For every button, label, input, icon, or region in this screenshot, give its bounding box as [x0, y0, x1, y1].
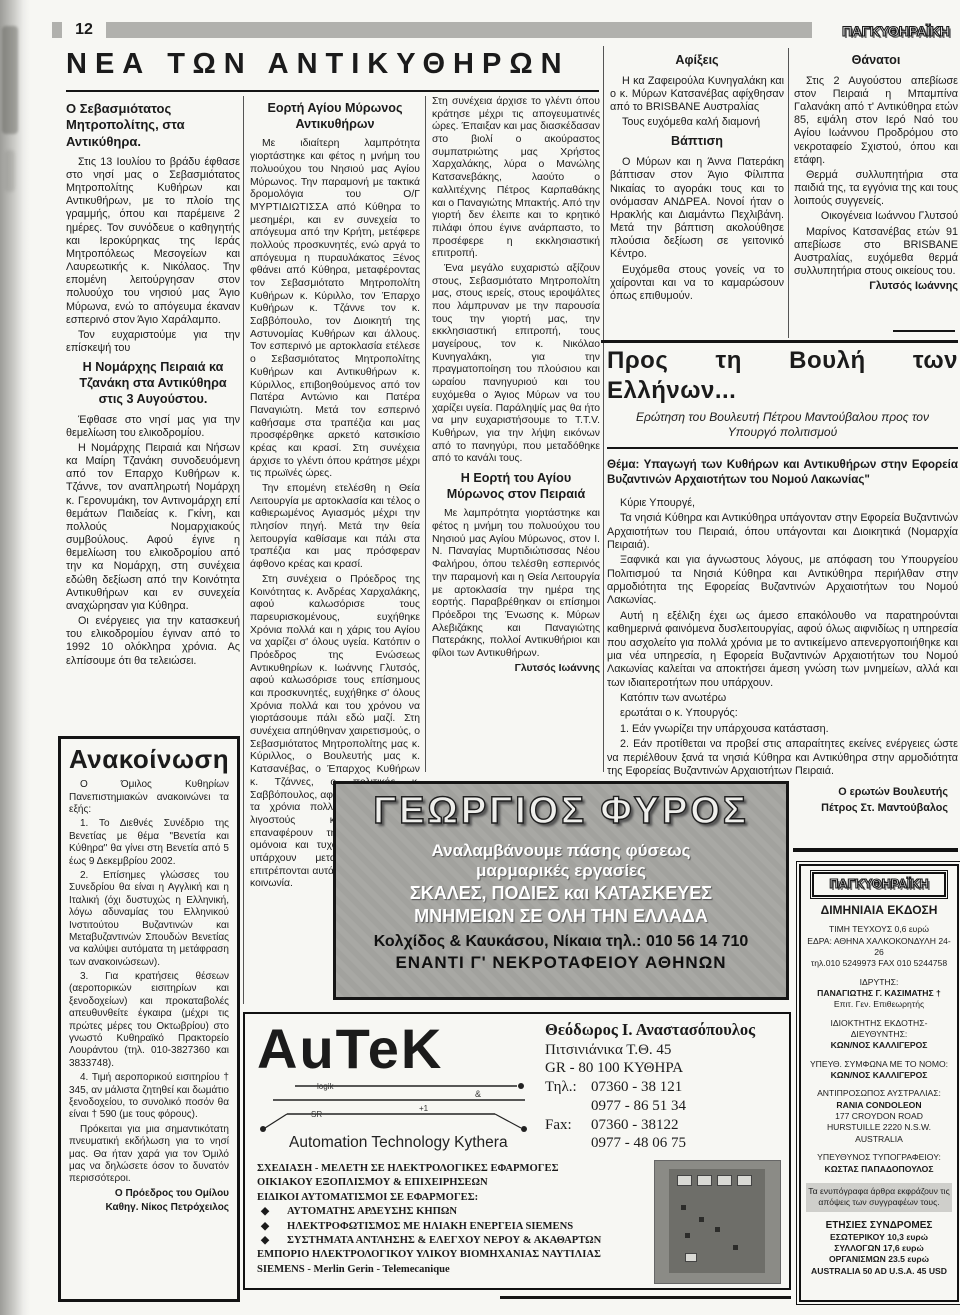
fyros-ad-line: μαρμαρικές εργασίες [336, 861, 786, 881]
column-5: Θάνατοι Στις 2 Αυγούστου απεβίωσε στον Π… [794, 48, 958, 330]
bottom-rule [500, 1296, 791, 1299]
paragraph: 4. Τιμή αεροπορικού εισιτηρίου † 345, αν… [69, 1072, 229, 1122]
subscription-line: AUSTRALIA 50 AD U.S.A. 45 USD [806, 1266, 952, 1277]
masthead-logo: ΠΑΓΚΥΘΗΡΑΪΚΗ [842, 23, 960, 39]
autek-services: ΣΧΕΔΙΑΣΗ - ΜΕΛΕΤΗ ΣΕ ΗΛΕΚΤΡΟΛΟΓΙΚΕΣ ΕΦΑΡ… [257, 1162, 685, 1277]
masthead-info-box: ΠΑΓΚΥΘΗΡΑΪΚΗ ΔΙΜΗΝΙΑΙΑ ΕΚΔΟΣΗ ΤΙΜΗ ΤΕΥΧΟ… [799, 864, 959, 1302]
article-title: Ο Σεβασμιότατος Μητροπολίτης, στα Αντικύ… [66, 101, 240, 150]
paragraph: Ο Όμιλος Κυθηρίων Πανεπιστημιακών ανακοι… [69, 779, 229, 816]
diamond-bullet-icon: ◆ [257, 1205, 287, 1219]
paragraph: Τους ευχόμεθα καλή διαμονή [610, 116, 784, 129]
control-panel-photo [654, 1160, 781, 1284]
rep-address: HURSTUILLE 2220 N.S.W. [806, 1122, 952, 1133]
parliament-subtitle: Ερώτηση του Βουλευτή Πέτρου Μαντούβαλου … [625, 410, 940, 441]
service-bullet-text: ΣΥΣΤΗΜΑΤΑ ΑΝΤΛΗΣΗΣ & ΕΛΕΓΧΟΥ ΝΕΡΟΥ & ΑΚΑ… [287, 1234, 601, 1248]
paragraph: Ξαφνικά και για άγνωστους λόγους, με από… [607, 554, 958, 608]
fax-number: 0977 - 48 06 75 [591, 1134, 787, 1153]
section-headline: ΝΕΑ ΤΩΝ ΑΝΤΙΚΥΘΗΡΩΝ [66, 48, 606, 81]
fyros-ad-location: ΕΝΑΝΤΙ Γ' ΝΕΚΡΟΤΑΦΕΙΟΥ ΑΘΗΝΩΝ [336, 953, 786, 973]
paragraph: Ευχόμεθα στους γονείς να το χαίρονται κα… [610, 264, 784, 304]
service-line: SIEMENS - Merlin Gerin - Telemecanique [257, 1263, 685, 1277]
paragraph: Με λαμπρότητα γιορτάστηκε και φέτος η μν… [432, 508, 600, 660]
autek-tagline: Automation Technology Kythera [289, 1134, 508, 1152]
top-gray-bar [52, 22, 812, 38]
service-line: ΟΙΚΙΑΚΟΥ ΕΞΟΠΛΙΣΜΟΥ & ΕΠΙΧΕΙΡΗΣΕΩΝ [257, 1176, 685, 1190]
fyros-ad-address: Κολχίδος & Καυκάσου, Νίκαια τηλ.: 010 56… [336, 933, 786, 951]
divider-rule [607, 447, 958, 449]
paragraph: Θερμά συλλυπητήρια στα παιδιά της, τα εγ… [794, 169, 958, 209]
paragraph: Τα νησιά Κύθηρα και Αντικύθηρα υπάγονταν… [607, 512, 958, 552]
owner-name: ΚΩΝ/ΝΟΣ ΚΑΛΛΙΓΕΡΟΣ [806, 1040, 952, 1051]
signature: Οικογένεια Ιωάννου Γλυτσού [794, 210, 958, 223]
owner-label: ΙΔΙΟΚΤΗΤΗΣ ΕΚΔΟΤΗΣ-ΔΙΕΥΘΥΝΤΗΣ: [806, 1018, 952, 1041]
scan-edge-strip [0, 0, 30, 1315]
diamond-bullet-icon: ◆ [257, 1234, 287, 1248]
paragraph: Έφθασε στο νησί μας για την θεμελίωση το… [66, 414, 240, 440]
paragraph: Την επομένη ετελέσθη η Θεία Λειτουργία μ… [250, 483, 420, 572]
issue-price: ΤΙΜΗ ΤΕΥΧΟΥΣ 0,6 ευρώ [806, 924, 952, 935]
tel-number: 0977 - 86 51 34 [591, 1097, 787, 1116]
rep-label: ΑΝΤΙΠΡΟΣΩΠΟΣ ΑΥΣΤΡΑΛΙΑΣ: [806, 1088, 952, 1099]
service-bullet-text: ΑΥΤΟΜΑΤΗΣ ΑΡΔΕΥΣΗΣ ΚΗΠΩΝ [287, 1205, 457, 1219]
announcement-box: Ανακοίνωση Ο Όμιλος Κυθηρίων Πανεπιστημι… [58, 736, 240, 1302]
contact-name: Θεόδωρος Ι. Αναστασόπουλος [545, 1020, 787, 1041]
signature: Γλυτσός Ιωάννης [794, 280, 958, 293]
section-rule [601, 340, 958, 343]
service-bullet: ◆ ΣΥΣΤΗΜΑΤΑ ΑΝΤΛΗΣΗΣ & ΕΛΕΓΧΟΥ ΝΕΡΟΥ & Α… [257, 1234, 685, 1248]
paragraph: 1. Εάν γνωρίζει την υπάρχουσα κατάσταση. [607, 723, 958, 736]
edition-label: ΔΙΜΗΝΙΑΙΑ ΕΚΔΟΣΗ [806, 903, 952, 919]
fax-label: Fax: [545, 1116, 591, 1135]
service-line: ΕΜΠΟΡΙΟ ΗΛΕΚΤΡΟΛΟΓΙΚΟΥ ΥΛΙΚΟΥ ΒΙΟΜΗΧΑΝΙΑ… [257, 1248, 685, 1262]
section-rule [893, 330, 955, 332]
svg-text:&: & [475, 1089, 481, 1099]
tel-number: 07360 - 38 121 [591, 1078, 682, 1097]
column-3: Στη συνέχεια άρχισε το γλέντι όπου κράτη… [432, 96, 600, 770]
fyros-ad: ΓΕΩΡΓΙΟΣ ΦΥΡΟΣ Αναλαμβάνουμε πάσης φύσεω… [333, 781, 789, 1000]
article-title: Η Εορτή του Αγίου Μύρωνος στον Πειραιά [432, 471, 600, 502]
fyros-ad-line: ΜΝΗΜΕΙΩΝ ΣΕ ΟΛΗ ΤΗΝ ΕΛΛΑΔΑ [336, 906, 786, 927]
article-title: Βάπτιση [610, 134, 784, 150]
hq-address: ΕΔΡΑ: ΑΘΗΝΑ ΧΑΛΚΟΚΟΝΔΥΛΗ 24-26 [806, 936, 952, 959]
paragraph: Η Νομάρχης Πειραιά και Νήσων κα Μαίρη Τζ… [66, 442, 240, 613]
paragraph: 3. Για κρατήσεις θέσεων (αεροπορικών εισ… [69, 971, 229, 1070]
paragraph: Στη συνέχεια άρχισε το γλέντι όπου κράτη… [432, 96, 600, 261]
paragraph: Αυτή η εξέλιξη έχει ως άμεσο επακόλουθο … [607, 610, 958, 690]
law-label: ΥΠΕΥΘ. ΣΥΜΦΩΝΑ ΜΕ ΤΟ ΝΟΜΟ: [806, 1059, 952, 1070]
signature: Καθηγ. Νίκος Πετρόχειλος [69, 1202, 229, 1214]
paragraph: 2. Εάν προτίθεται να προβεί στις απαραίτ… [607, 738, 958, 778]
scan-smudge [2, 26, 18, 134]
column-divider [425, 96, 426, 772]
rep-address: AUSTRALIA [806, 1134, 952, 1145]
autek-contact-block: Θεόδωρος Ι. Αναστασόπουλος Πιτσινιάνικα … [545, 1020, 787, 1153]
founder-title: Επιτ. Γεν. Επιθεωρητής [806, 999, 952, 1010]
paragraph: Κατόπιν των ανωτέρω [607, 692, 958, 705]
autek-logo: AuTeK [257, 1016, 443, 1081]
fax-number: 07360 - 38122 [591, 1116, 679, 1135]
service-bullet-text: ΗΛΕΚΤΡΟΦΩΤΙΣΜΟΣ ΜΕ ΗΛΙΑΚΗ ΕΝΕΡΓΕΙΑ SIEME… [287, 1220, 573, 1234]
column-divider [603, 46, 604, 772]
signature: Γλυτσός Ιωάννης [432, 663, 600, 676]
signature: Ο Πρόεδρος του Ομίλου [69, 1188, 229, 1200]
paragraph: Με ιδιαίτερη λαμπρότητα γιορτάστηκε και … [250, 138, 420, 481]
paragraph: Στις 2 Αυγούστου απεβίωσε στον Πειραιά η… [794, 75, 958, 167]
disclaimer-note: Τα ενυπόγραφα άρθρα εκφράζουν τις απόψει… [806, 1183, 952, 1212]
parliament-section: Προς τη Βουλή των Ελλήνων... Ερώτηση του… [607, 346, 958, 817]
column-4: Αφίξεις Η κα Ζαφειρούλα Κυνηγαλάκη και ο… [610, 48, 784, 344]
svg-text:logik: logik [317, 1082, 334, 1091]
paragraph: Στις 13 Ιουλίου το βράδυ έφθασε στο νησί… [66, 156, 240, 327]
paragraph: Ένα μεγάλο ευχαριστώ αξίζουν στους, Σεβα… [432, 263, 600, 466]
paragraph: Μαρίνος Κατσανέβας ετών 91 απεβίωσε στο … [794, 226, 958, 279]
column-divider [243, 96, 244, 1004]
fyros-ad-title: ΓΕΩΡΓΙΟΣ ΦΥΡΟΣ [336, 790, 786, 833]
parliament-title: Προς τη Βουλή των Ελλήνων... [607, 346, 958, 406]
article-title: Η Νομάρχης Πειραιά κα Τζανάκη στα Αντικύ… [66, 360, 240, 407]
service-bullet: ◆ ΑΥΤΟΜΑΤΗΣ ΑΡΔΕΥΣΗΣ ΚΗΠΩΝ [257, 1205, 685, 1219]
printer-label: ΥΠΕΥΘΥΝΟΣ ΤΥΠΟΓΡΑΦΕΙΟΥ: [806, 1152, 952, 1163]
subscription-line: ΟΡΓΑΝΙΣΜΩΝ 23.5 ευρώ [806, 1254, 952, 1265]
subscription-line: ΕΣΩΤΕΡΙΚΟΥ 10,3 ευρώ [806, 1232, 952, 1243]
announcement-title: Ανακοίνωση [69, 743, 229, 775]
contact-address: Πιτσινιάνικα Τ.Θ. 45 [545, 1041, 787, 1060]
founder-label: ΙΔΡΥΤΗΣ: [806, 977, 952, 988]
article-title: Αφίξεις [610, 53, 784, 69]
printer-name: ΚΩΣΤΑΣ ΠΑΠΑΔΟΠΟΥΛΟΣ [806, 1164, 952, 1175]
paragraph: Τον ευχαριστούμε για την επίσκεψή του [66, 329, 240, 355]
service-bullet: ◆ ΗΛΕΚΤΡΟΦΩΤΙΣΜΟΣ ΜΕ ΗΛΙΑΚΗ ΕΝΕΡΓΕΙΑ SIE… [257, 1220, 685, 1234]
paragraph: 2. Επίσημες γλώσσες του Συνεδρίου θα είν… [69, 870, 229, 969]
svg-text:+1: +1 [419, 1104, 429, 1113]
parliament-theme: Θέμα: Υπαγωγή των Κυθήρων και Αντικυθήρω… [607, 457, 958, 487]
newspaper-page: 12 ΠΑΓΚΥΘΗΡΑΪΚΗ ΝΕΑ ΤΩΝ ΑΝΤΙΚΥΘΗΡΩΝ Ο Σε… [0, 0, 960, 1315]
column-1: Ο Σεβασμιότατος Μητροπολίτης, στα Αντικύ… [66, 96, 240, 732]
scan-smudge [5, 150, 15, 192]
sidebar-logo: ΠΑΓΚΥΘΗΡΑΪΚΗ [812, 872, 946, 897]
circuit-diagram-icon: logik SR & +1 [259, 1076, 539, 1132]
contact-tel-row: Τηλ.: 07360 - 38 121 [545, 1078, 787, 1097]
founder-name: ΠΑΝΑΓΙΩΤΗΣ Γ. ΚΑΣΙΜΑΤΗΣ † [806, 988, 952, 999]
rep-address: 177 CROYDON ROAD [806, 1111, 952, 1122]
paragraph: 1. Το Διεθνές Συνέδριο της Βενετίας με θ… [69, 818, 229, 868]
subscriptions-title: ΕΤΗΣΙΕΣ ΣΥΝΔΡΟΜΕΣ [806, 1219, 952, 1232]
law-name: ΚΩΝ/ΝΟΣ ΚΑΛΛΙΓΕΡΟΣ [806, 1070, 952, 1081]
tel-label: Τηλ.: [545, 1078, 591, 1097]
sidebar-top-rule [793, 848, 958, 852]
article-title: Εορτή Αγίου Μύρωνος Αντικυθήρων [250, 101, 420, 132]
svg-text:SR: SR [311, 1110, 322, 1119]
service-line: ΕΙΔΙΚΟΙ ΑΥΤΟΜΑΤΙΣΜΟΙ ΣΕ ΕΦΑΡΜΟΓΕΣ: [257, 1191, 685, 1205]
autek-ad: AuTeK logik SR & +1 Automation Technolog… [243, 1012, 791, 1290]
paragraph: Πρόκειται για μια σημαντικότατη πνευματι… [69, 1124, 229, 1186]
fyros-ad-line: Αναλαμβάνουμε πάσης φύσεως [336, 841, 786, 861]
service-line: ΣΧΕΔΙΑΣΗ - ΜΕΛΕΤΗ ΣΕ ΗΛΕΚΤΡΟΛΟΓΙΚΕΣ ΕΦΑΡ… [257, 1162, 685, 1176]
fyros-ad-line: ΣΚΑΛΕΣ, ΠΟΔΙΕΣ και ΚΑΤΑΣΚΕΥΕΣ [336, 883, 786, 904]
diamond-bullet-icon: ◆ [257, 1220, 287, 1234]
column-divider [788, 48, 789, 338]
hq-phone: τηλ.010 5249973 FAX 010 5244758 [806, 958, 952, 969]
paragraph: Οι ενέργειες για την κατασκευή του ελικο… [66, 615, 240, 668]
contact-address: GR - 80 100 ΚΥΘΗΡΑ [545, 1059, 787, 1078]
paragraph: Κύριε Υπουργέ, [607, 497, 958, 510]
headline-rule [66, 90, 599, 92]
paragraph: Ο Μύρων και η Άννα Πατεράκη βάπτισαν στο… [610, 156, 784, 261]
subscription-line: ΣΥΛΛΟΓΩΝ 17,6 ευρώ [806, 1243, 952, 1254]
page-number: 12 [62, 17, 106, 42]
article-title: Θάνατοι [794, 53, 958, 69]
paragraph: Η κα Ζαφειρούλα Κυνηγαλάκη και ο κ. Μύρω… [610, 75, 784, 115]
paragraph: ερωτάται ο κ. Υπουργός: [607, 707, 958, 720]
contact-fax-row: Fax: 07360 - 38122 [545, 1116, 787, 1135]
rep-name: RANIA CONDOLEON [806, 1100, 952, 1111]
